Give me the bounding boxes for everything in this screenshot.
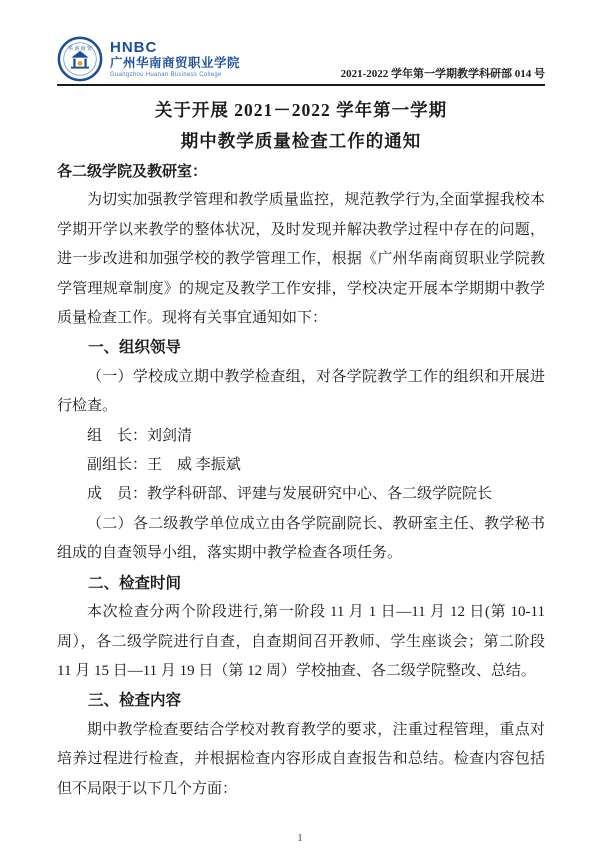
section-1-heading: 一、组织领导: [57, 333, 545, 362]
document-number: 2021-2022 学年第一学期教学科研部 014 号: [341, 65, 545, 82]
title-line-2: 期中教学质量检查工作的通知: [57, 126, 545, 157]
svg-text:华 南 商 贸: 华 南 商 贸: [68, 45, 93, 52]
document-header: 华 南 商 贸 HNBC 广州华南商贸职业学院 Guangzhou Huanan…: [57, 36, 545, 86]
title-line-1: 关于开展 2021－2022 学年第一学期: [57, 95, 545, 126]
section-1-paragraph-2: （二）各二级教学单位成立由各学院副院长、教研室主任、教学秘书组成的自查领导小组，…: [57, 510, 545, 569]
section-1-members-line: 成 员：教学科研部、评建与发展研究中心、各二级学院院长: [57, 480, 545, 509]
college-abbr: HNBC: [110, 40, 240, 56]
section-3-heading: 三、检查内容: [57, 686, 545, 715]
section-2-heading: 二、检查时间: [57, 569, 545, 598]
document-body: 各二级学院及教研室： 为切实加强教学管理和教学质量监控，规范教学行为,全面掌握我…: [57, 157, 545, 804]
section-1-paragraph-1: （一）学校成立期中教学检查组，对各学院教学工作的组织和开展进行检查。: [57, 363, 545, 422]
college-name-cn: 广州华南商贸职业学院: [110, 56, 240, 71]
page-number: 1: [0, 832, 600, 844]
section-1-deputy-line: 副组长：王 威 李振斌: [57, 451, 545, 480]
college-name-en: Guangzhou Huanan Business College: [110, 71, 240, 79]
college-logo-text: HNBC 广州华南商贸职业学院 Guangzhou Huanan Busines…: [110, 40, 240, 79]
intro-paragraph: 为切实加强教学管理和教学质量监控，规范教学行为,全面掌握我校本学期开学以来教学的…: [57, 186, 545, 333]
college-seal-icon: 华 南 商 贸: [57, 36, 103, 82]
document-page: 华 南 商 贸 HNBC 广州华南商贸职业学院 Guangzhou Huanan…: [0, 0, 600, 852]
section-3-paragraph-1: 期中教学检查要结合学校对教育教学的要求，注重过程管理，重点对培养过程进行检查，并…: [57, 716, 545, 804]
document-title: 关于开展 2021－2022 学年第一学期 期中教学质量检查工作的通知: [57, 95, 545, 157]
college-logo: 华 南 商 贸 HNBC 广州华南商贸职业学院 Guangzhou Huanan…: [57, 36, 240, 82]
section-2-paragraph-1: 本次检查分两个阶段进行,第一阶段 11 月 1 日—11 月 12 日(第 10…: [57, 598, 545, 686]
section-1-leader-line: 组 长：刘剑清: [57, 422, 545, 451]
salutation: 各二级学院及教研室：: [57, 157, 545, 186]
